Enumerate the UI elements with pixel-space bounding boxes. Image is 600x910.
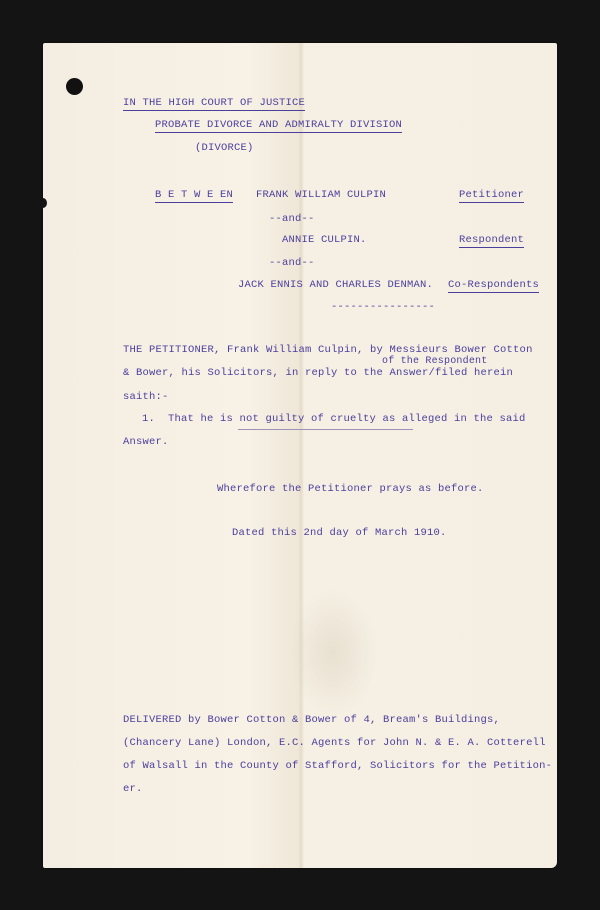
petitioner-role: Petitioner: [459, 189, 524, 203]
item-1-line-1: 1. That he is not guilty of cruelty as a…: [142, 413, 526, 425]
prayer-line: Wherefore the Petitioner prays as before…: [217, 483, 484, 495]
item-1-line-2: Answer.: [123, 436, 169, 448]
body-line-3: saith:-: [123, 391, 169, 403]
punch-hole: [66, 78, 83, 95]
parties-rule: ----------------: [331, 301, 435, 313]
and-separator-2: --and--: [269, 257, 315, 269]
co-respondents-role: Co-Respondents: [448, 279, 539, 293]
body-line-2: & Bower, his Solicitors, in reply to the…: [123, 367, 513, 379]
court-heading: IN THE HIGH COURT OF JUSTICE: [123, 97, 305, 111]
case-type: (DIVORCE): [195, 142, 254, 154]
and-separator-1: --and--: [269, 213, 315, 225]
petitioner-name: FRANK WILLIAM CULPIN: [256, 189, 386, 201]
paper-stain: [288, 588, 378, 718]
delivery-line-4: er.: [123, 783, 143, 795]
delivery-line-2: (Chancery Lane) London, E.C. Agents for …: [123, 737, 546, 749]
delivery-line-1: DELIVERED by Bower Cotton & Bower of 4, …: [123, 714, 500, 726]
respondent-role: Respondent: [459, 234, 524, 248]
document-page: IN THE HIGH COURT OF JUSTICE PROBATE DIV…: [43, 43, 557, 868]
co-respondents-name: JACK ENNIS AND CHARLES DENMAN.: [238, 279, 433, 291]
between-label: B E T W E EN: [155, 189, 233, 203]
division-heading: PROBATE DIVORCE AND ADMIRALTY DIVISION: [155, 119, 402, 133]
dated-line: Dated this 2nd day of March 1910.: [232, 527, 447, 539]
edge-notch: [39, 198, 47, 208]
body-line-1: THE PETITIONER, Frank William Culpin, by…: [123, 344, 533, 356]
pencil-underline: [238, 429, 413, 430]
respondent-name: ANNIE CULPIN.: [282, 234, 367, 246]
delivery-line-3: of Walsall in the County of Stafford, So…: [123, 760, 552, 772]
